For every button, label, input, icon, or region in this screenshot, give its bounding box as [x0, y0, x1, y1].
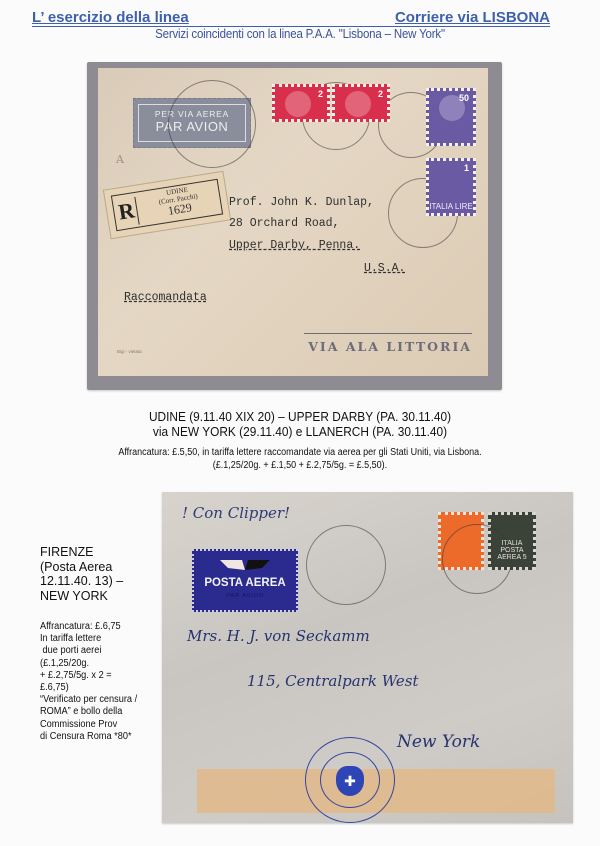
page-title-left: L’ esercizio della linea	[32, 9, 189, 26]
cover2-title: FIRENZE (Posta Aerea 12.11.40. 13) – NEW…	[40, 545, 165, 603]
cover-firenze-envelope: ! Con Clipper! POSTA AEREA PAR AVION ITA…	[162, 492, 573, 823]
route-rule	[304, 333, 472, 335]
title-line: 12.11.40. 13) –	[40, 574, 165, 589]
postmark-firenze	[306, 525, 386, 605]
address-line: Upper Darby, Penna.	[229, 239, 360, 252]
registration-letter: R	[115, 197, 140, 228]
title-line: FIRENZE	[40, 545, 165, 560]
envelope-paper: PER VIA AEREA PAR AVION 2 2 50 1ITALIA L…	[98, 68, 488, 376]
postage-line: Affrancatura: £.5,50, in tariffa lettere…	[30, 447, 570, 460]
body-line: due porti aerei	[40, 645, 155, 657]
cover2-description: Affrancatura: £.6,75 In tariffa lettere …	[40, 621, 155, 743]
savoy-cross-icon: ✚	[336, 766, 364, 796]
printer-imprint: Bigi - vietata	[117, 349, 142, 354]
body-line: (£.1,25/20g.	[40, 658, 155, 670]
address-line: U.S.A.	[364, 262, 405, 275]
cover1-postage-note: Affrancatura: £.5,50, in tariffa lettere…	[30, 447, 570, 472]
stamp-purple-50: 50	[426, 88, 476, 146]
address-line: Mrs. H. J. von Seckamm	[187, 627, 370, 645]
page-subtitle: Servizi coincidenti con la linea P.A.A. …	[24, 27, 576, 41]
body-line: di Censura Roma *80*	[40, 731, 155, 743]
body-line: In tariffa lettere	[40, 633, 155, 645]
wing-icon	[220, 560, 270, 570]
address-line: Prof. John K. Dunlap,	[229, 196, 374, 209]
postmark-firenze	[442, 524, 512, 594]
postmark-circle	[168, 80, 256, 168]
body-line: “Verificato per censura /	[40, 694, 155, 706]
stamp-red-2-lire: 2	[272, 84, 330, 122]
body-line: Commissione Prov	[40, 719, 155, 731]
title-line: NEW YORK	[40, 589, 165, 604]
body-line: + £.2,75/5g. x 2 =	[40, 670, 155, 682]
stamp-red-2-lire: 2	[332, 84, 390, 122]
postage-calc: (£.1,25/20g. + £.1,50 + £.2,75/5g. = £.5…	[30, 460, 570, 473]
caption-route: UDINE (9.11.40 XIX 20) – UPPER DARBY (PA…	[15, 410, 585, 425]
address-line: New York	[397, 732, 480, 752]
service-note: Raccomandata	[124, 291, 207, 304]
pencil-mark: A	[116, 153, 124, 166]
route-print: VIA ALA LITTORIA	[308, 339, 472, 354]
handwritten-note: ! Con Clipper!	[182, 504, 290, 522]
body-line: ROMA” e bollo della	[40, 706, 155, 718]
address-line: 115, Centralpark West	[247, 672, 419, 690]
airmail-label-line2: PAR AVION	[194, 593, 296, 599]
title-line: (Posta Aerea	[40, 560, 165, 575]
page-title-right: Corriere via LISBONA	[395, 9, 550, 26]
stamp-purple-1-lira: 1ITALIA LIRE	[426, 158, 476, 216]
airmail-label-line1: POSTA AEREA	[194, 577, 296, 589]
body-line: Affrancatura: £.6,75	[40, 621, 155, 633]
registration-label: R UDINE (Corr. Pacchi) 1629	[103, 171, 231, 239]
address-line: 28 Orchard Road,	[229, 217, 339, 230]
airmail-label: POSTA AEREA PAR AVION	[192, 549, 298, 612]
caption-route-via: via NEW YORK (29.11.40) e LLANERCH (PA. …	[15, 425, 585, 440]
body-line: £.6,75)	[40, 682, 155, 694]
censor-seal: ✚	[305, 737, 395, 823]
cover1-caption: UDINE (9.11.40 XIX 20) – UPPER DARBY (PA…	[15, 410, 585, 440]
cover-udine-envelope: PER VIA AEREA PAR AVION 2 2 50 1ITALIA L…	[87, 62, 502, 390]
